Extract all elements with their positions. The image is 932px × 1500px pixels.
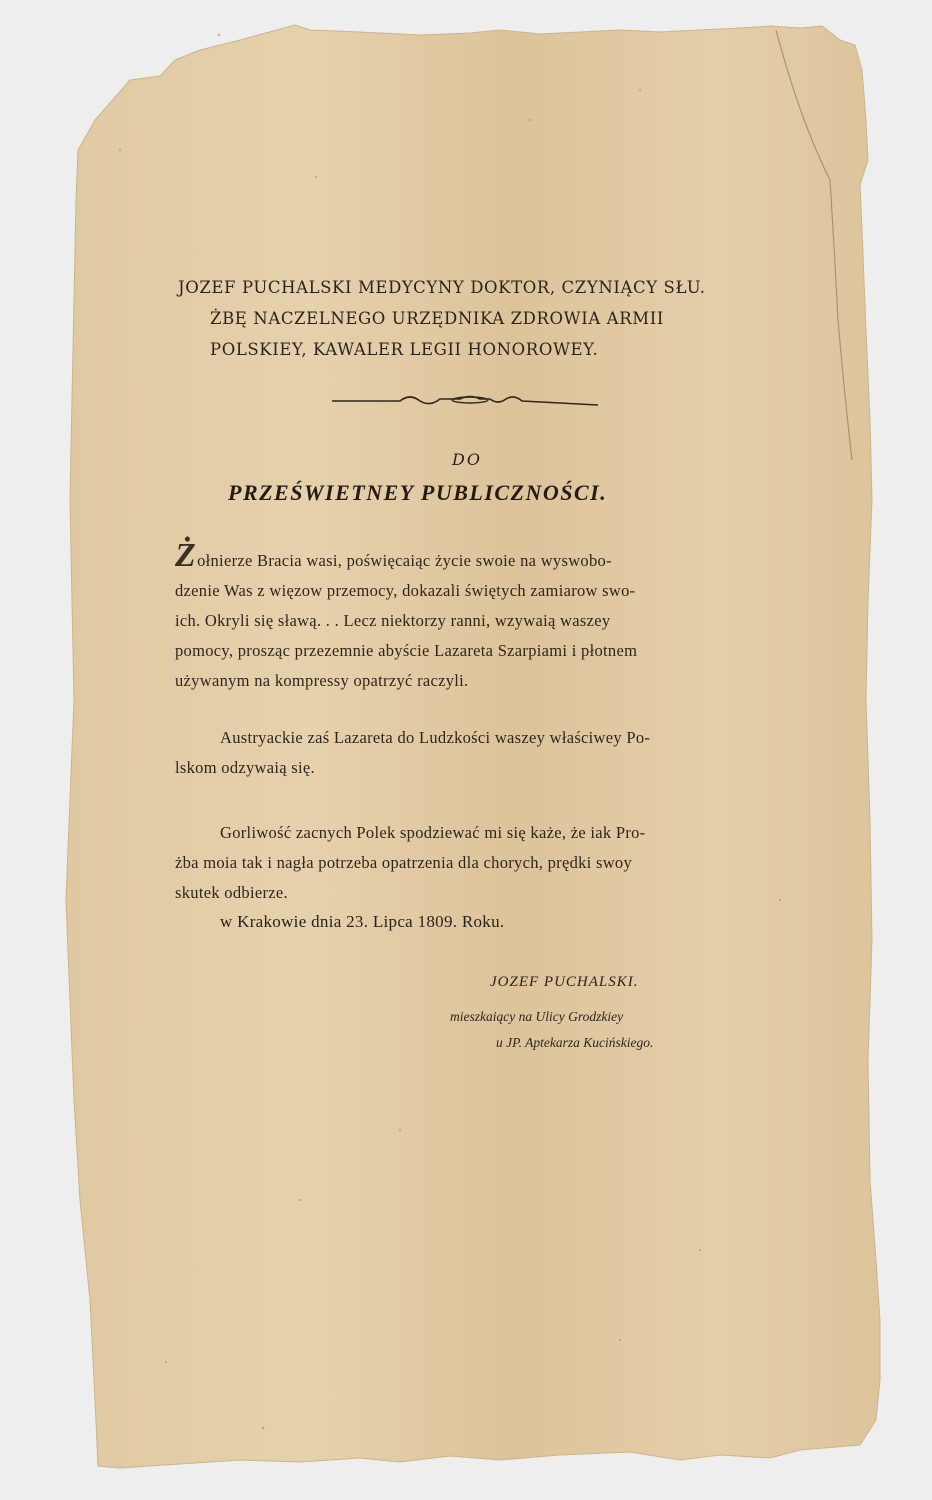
paragraph-1-line-4: pomocy, prosząc przezemnie abyście Lazar… (175, 636, 765, 666)
paragraph-1: Żołnierze Bracia wasi, poświęcaiąc życie… (175, 546, 765, 696)
drop-cap: Ż (175, 537, 196, 574)
heading-line-1: JOZEF PUCHALSKI MEDYCYNY DOKTOR, CZYNIĄC… (170, 272, 770, 303)
paragraph-1-line-5: używanym na kompressy opatrzyć raczyli. (175, 666, 765, 696)
ornament-rule-icon (330, 391, 600, 411)
signature: JOZEF PUCHALSKI. (490, 974, 639, 991)
residence-line-2: u JP. Aptekarza Kucińskiego. (450, 1030, 653, 1056)
paragraph-3-line-1: Gorliwość zacnych Polek spodziewać mi si… (175, 818, 765, 848)
heading-line-2: ŻBĘ NACZELNEGO URZĘDNIKA ZDROWIA ARMII (170, 303, 770, 334)
document-heading: JOZEF PUCHALSKI MEDYCYNY DOKTOR, CZYNIĄC… (170, 272, 770, 365)
paragraph-2: Austryackie zaś Lazareta do Ludzkości wa… (175, 723, 765, 783)
paragraph-3: Gorliwość zacnych Polek spodziewać mi si… (175, 818, 765, 908)
residence-line-1: mieszkaiący na Ulicy Grodzkiey (450, 1004, 653, 1030)
paragraph-3-line-2: żba moia tak i nagła potrzeba opatrzenia… (175, 848, 765, 878)
paragraph-3-line-3: skutek odbierze. (175, 878, 765, 908)
paragraph-2-line-2: lskom odzywaią się. (175, 753, 765, 783)
paragraph-2-line-1: Austryackie zaś Lazareta do Ludzkości wa… (175, 723, 765, 753)
document-page: JOZEF PUCHALSKI MEDYCYNY DOKTOR, CZYNIĄC… (0, 0, 932, 1500)
salutation-title: PRZEŚWIETNEY PUBLICZNOŚCI. (228, 480, 728, 506)
dateline: w Krakowie dnia 23. Lipca 1809. Roku. (220, 912, 504, 932)
salutation-prefix: DO (452, 450, 482, 469)
paragraph-1-line-1: ołnierze Bracia wasi, poświęcaiąc życie … (197, 551, 612, 570)
residence-note: mieszkaiący na Ulicy Grodzkiey u JP. Apt… (450, 1004, 653, 1056)
paragraph-1-line-3: ich. Okryli się sławą. . . Lecz niektorz… (175, 606, 765, 636)
paragraph-1-line-2: dzenie Was z więzow przemocy, dokazali ś… (175, 576, 765, 606)
heading-line-3: POLSKIEY, KAWALER LEGII HONOROWEY. (170, 334, 770, 365)
